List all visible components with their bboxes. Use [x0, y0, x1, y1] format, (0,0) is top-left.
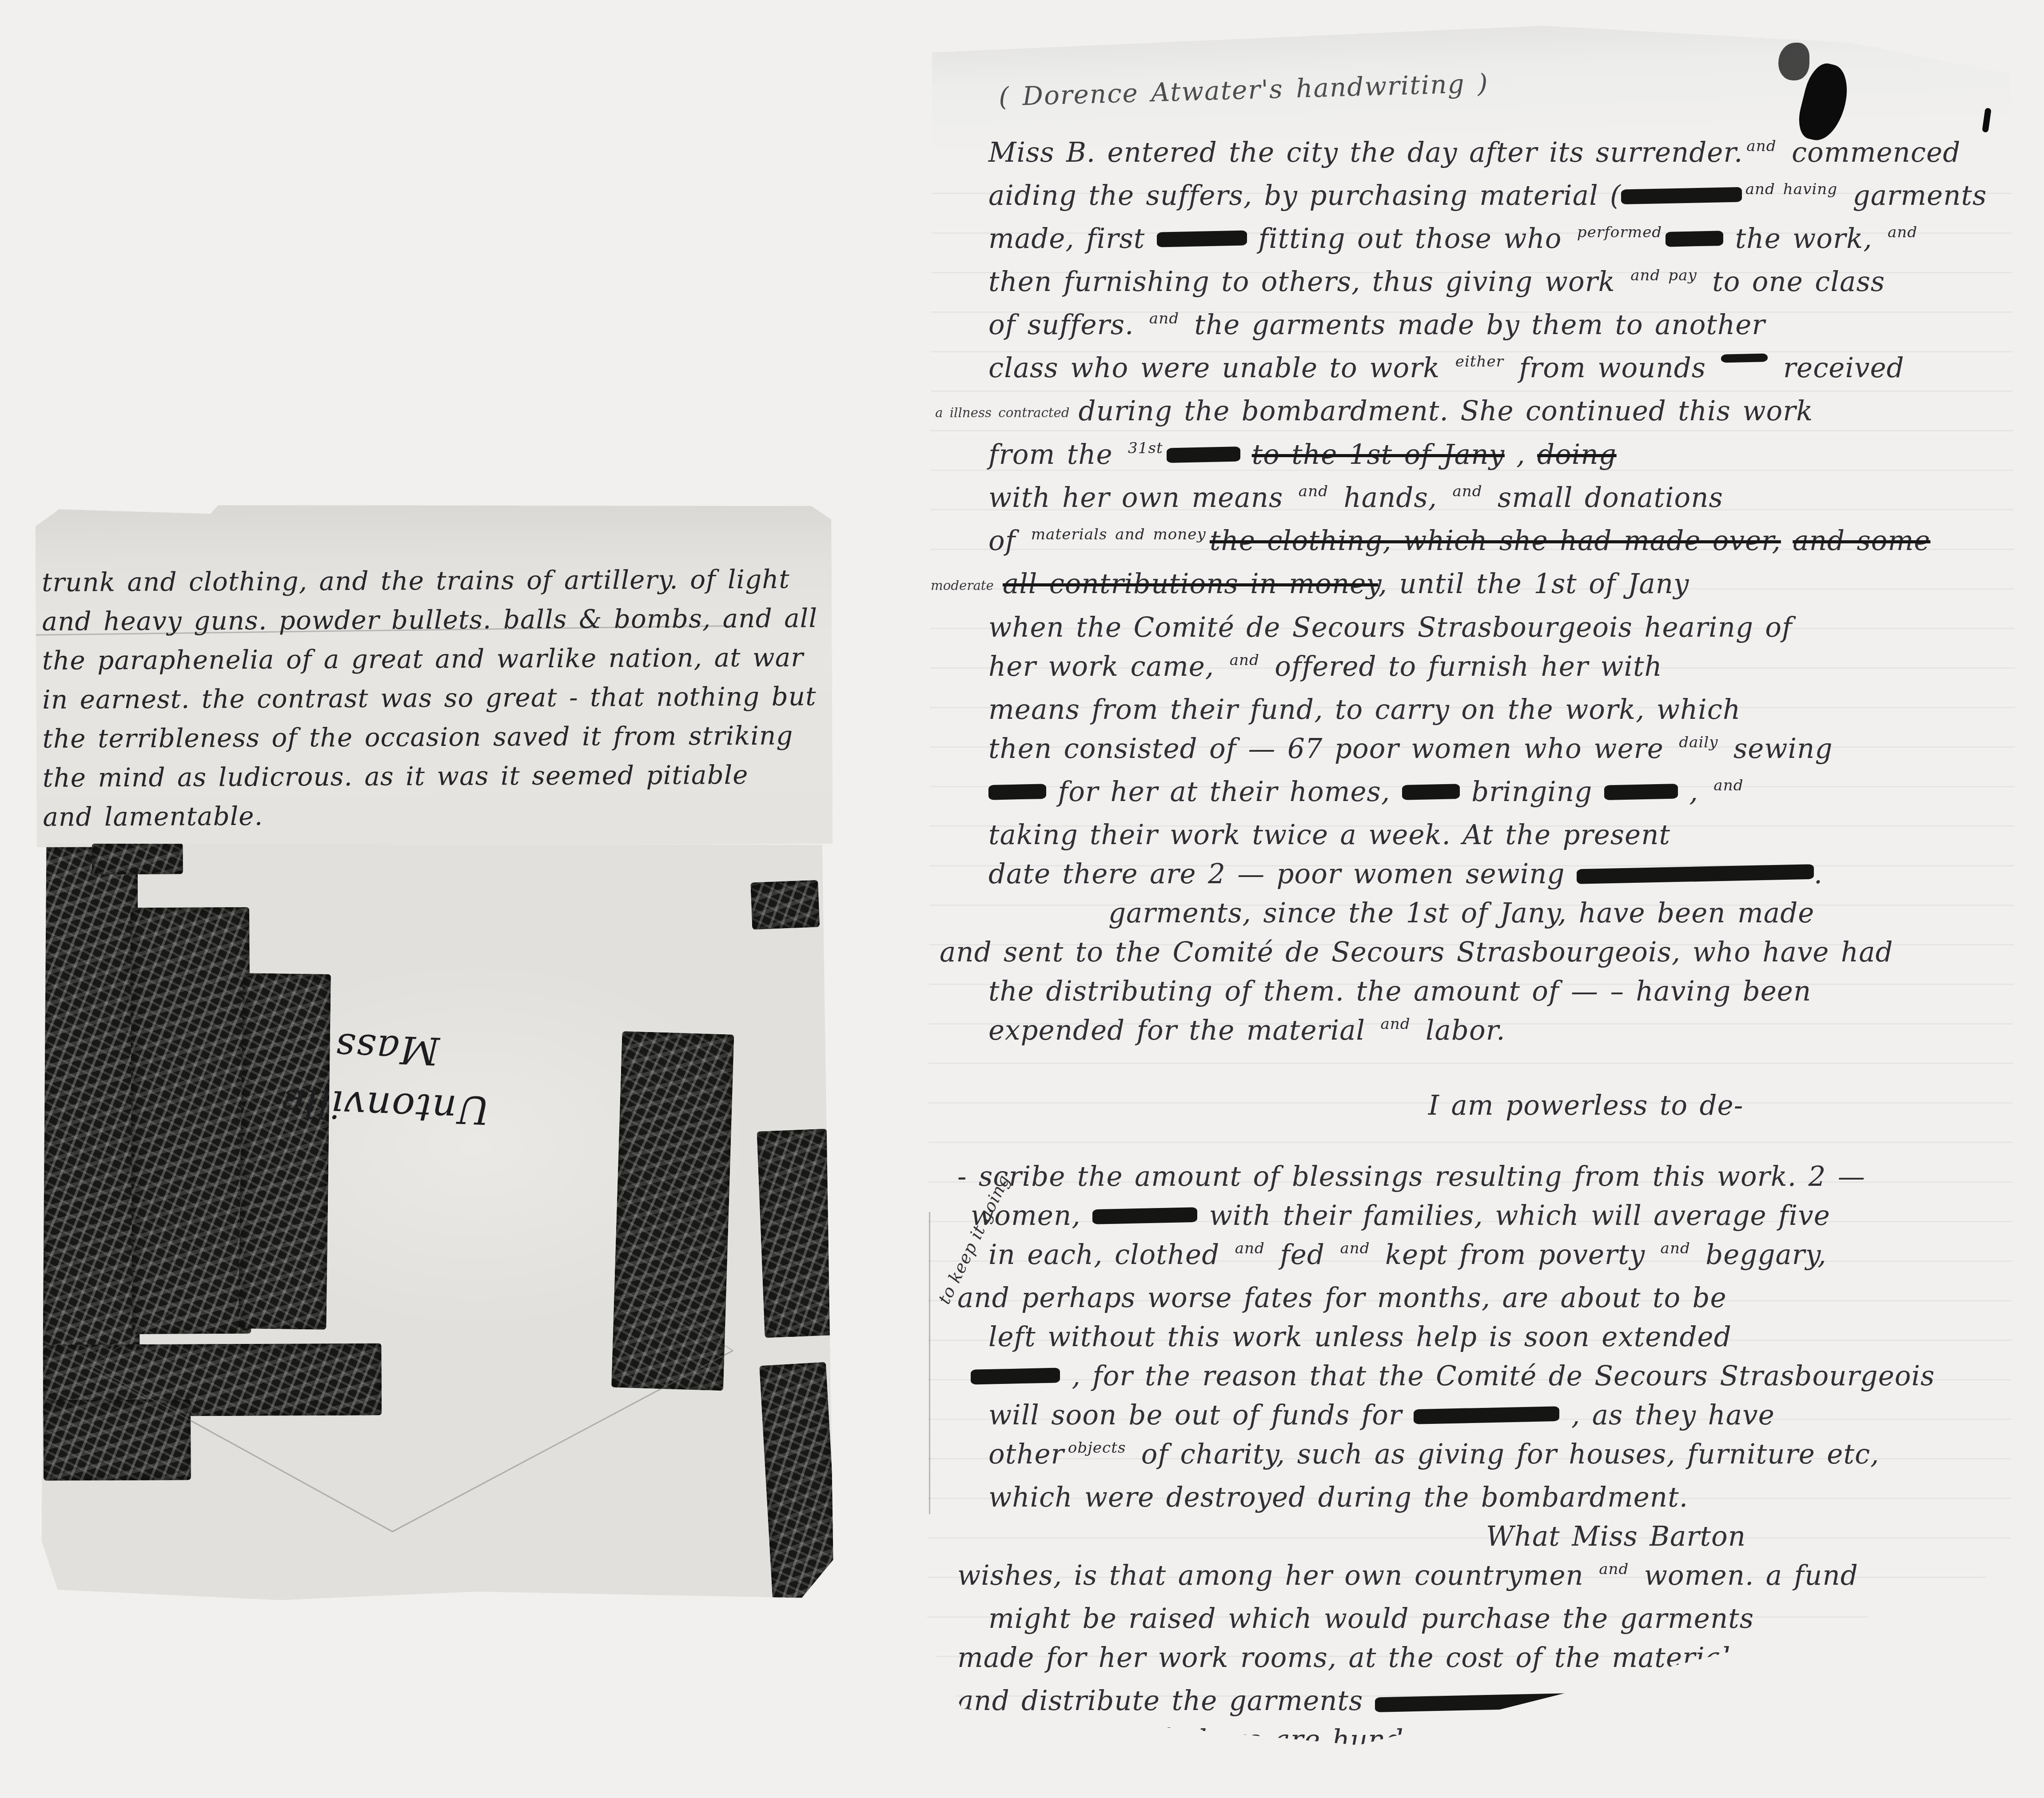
- handwritten-text: might be raised which would purchase the…: [988, 1603, 1754, 1635]
- obliterated-text: xxx: [1402, 784, 1460, 800]
- handwritten-text: sewing: [1722, 733, 1833, 765]
- interline-insertion: either: [1455, 353, 1504, 371]
- obliterated-text: xxxx: [1721, 353, 1768, 363]
- manuscript-line: - scribe the amount of blessings resulti…: [957, 1157, 1979, 1196]
- handwritten-text: means from their fund, to carry on the w…: [988, 694, 1741, 726]
- obliterated-text: xxxx: [1604, 784, 1678, 800]
- handwritten-text: fed: [1268, 1239, 1337, 1271]
- handwritten-text: taking their work twice a week. At the p…: [988, 819, 1670, 851]
- handwritten-text: of suffers.: [988, 309, 1146, 341]
- interline-insertion: and: [1299, 482, 1328, 500]
- manuscript-line: garments, since the 1st of Jany, have be…: [1108, 894, 1979, 933]
- obliterated-text: xxx: [988, 784, 1046, 800]
- handwritten-text: I am powerless to de-: [1428, 1090, 1743, 1121]
- handwritten-text: with their families, which will average …: [1197, 1200, 1830, 1232]
- interline-insertion: and: [1230, 651, 1259, 669]
- handwritten-text: in places,: [988, 1724, 1138, 1756]
- manuscript-line: expended for the material and labor.: [988, 1011, 1979, 1054]
- handwritten-text: made, first: [988, 223, 1157, 255]
- manuscript-line: then furnishing to others, thus giving w…: [988, 263, 1979, 306]
- interline-insertion: materials and money: [1031, 526, 1206, 543]
- text-line: the paraphenelia of a great and warlike …: [42, 638, 826, 680]
- obliterated-text: going: [1157, 231, 1247, 247]
- handwritten-text: with her own means: [988, 482, 1295, 514]
- handwritten-text: ,: [1505, 439, 1537, 470]
- obliterated-text: for Miss Barton: [1577, 864, 1814, 884]
- text-line: in earnest. the contrast was so great - …: [42, 677, 826, 719]
- interline-insertion: and pay: [1630, 267, 1697, 284]
- manuscript-line: in each, clothed and fed and kept from p…: [988, 1236, 1979, 1279]
- handwritten-text: beggary,: [1694, 1239, 1827, 1271]
- manuscript-line: I am powerless to de-: [1428, 1086, 1979, 1125]
- manuscript-line: class who were unable to work either fro…: [988, 349, 1979, 392]
- right-manuscript-page: ( Dorence Atwater's handwriting ) to kee…: [921, 21, 2017, 1752]
- handwritten-text: and sent to the Comité de Secours Strasb…: [940, 937, 1893, 968]
- interline-insertion: and having: [1745, 180, 1838, 198]
- manuscript-line: from the 31stxxxx to the 1st of Jany , d…: [988, 435, 1979, 478]
- handwritten-text: during the bombardment. She continued th…: [1079, 395, 1813, 427]
- manuscript-line: a illness contractedduring the bombardme…: [935, 392, 1979, 435]
- text-line: and lamentable.: [43, 794, 827, 837]
- manuscript-line: her work came, and offered to furnish he…: [988, 647, 1979, 690]
- text-line: trunk and clothing, and the trains of ar…: [42, 559, 826, 602]
- manuscript-line: will soon be out of funds for this work …: [988, 1396, 1979, 1435]
- interline-insertion: performed: [1577, 223, 1662, 241]
- interline-insertion: and: [1452, 482, 1482, 500]
- manuscript-line: means from their fund, to carry on the w…: [988, 690, 1979, 730]
- handwritten-text: , as they have: [1560, 1399, 1775, 1431]
- handwritten-text: made for her work rooms, at the cost of …: [957, 1642, 1742, 1674]
- handwritten-text: offered to furnish her with: [1263, 651, 1662, 682]
- manuscript-line: women, xxxxxx with their families, which…: [971, 1196, 1979, 1236]
- handwritten-text: and perhaps worse fates for months, are …: [957, 1282, 1727, 1314]
- handwritten-text: then furnishing to others, thus giving w…: [988, 266, 1627, 298]
- interline-insertion: and: [1340, 1240, 1370, 1257]
- handwritten-text: when the Comité de Secours Strasbourgeoi…: [988, 612, 1793, 643]
- handwritten-text: of: [988, 525, 1028, 557]
- manuscript-line: left without this work unless help is so…: [988, 1318, 1979, 1357]
- handwritten-text: from the: [988, 439, 1124, 470]
- obliterated-text: this work: [1414, 1406, 1559, 1424]
- interline-insertion: daily: [1679, 734, 1718, 751]
- handwritten-text: other: [988, 1439, 1064, 1470]
- envelope-flap-lines: [39, 840, 833, 1601]
- handwritten-text: garments, since the 1st of Jany, have be…: [1108, 897, 1814, 929]
- interline-insertion: and: [1661, 1240, 1690, 1257]
- manuscript-line: aiding the suffers, by purchasing materi…: [988, 176, 1979, 219]
- handwritten-text: What Miss Barton: [1486, 1521, 1746, 1552]
- handwritten-text: expended for the material: [988, 1015, 1377, 1046]
- handwritten-text: women,: [971, 1200, 1092, 1232]
- manuscript-line: moderateall contributions in money, unti…: [931, 565, 1979, 608]
- interline-insertion: and: [1599, 1560, 1629, 1578]
- manuscript-body: Miss B. entered the city the day after i…: [988, 133, 1979, 1764]
- manuscript-line: which were destroyed during the bombardm…: [988, 1478, 1979, 1517]
- handwritten-text: commenced: [1780, 137, 1961, 168]
- manuscript-line: then consisted of — 67 poor women who we…: [988, 730, 1979, 773]
- handwritten-text: [1240, 439, 1251, 470]
- text-line: and heavy guns. powder bullets. balls & …: [42, 598, 826, 641]
- interline-insertion: and: [1713, 777, 1743, 794]
- handwritten-text: which were destroyed during the bombardm…: [988, 1482, 1688, 1513]
- struck-text: all contributions in money: [1003, 568, 1379, 600]
- manuscript-line: Miss B. entered the city the day after i…: [988, 133, 1979, 176]
- struck-text: doing: [1537, 439, 1617, 470]
- struck-text: the clothing, which she had made over,: [1210, 525, 1781, 557]
- handwritten-text: hands,: [1332, 482, 1449, 514]
- obliterated-text: xxxxxxx: [1621, 187, 1742, 204]
- manuscript-line: taking their work twice a week. At the p…: [988, 816, 1979, 855]
- left-paragraph-scrap: trunk and clothing, and the trains of ar…: [35, 502, 833, 847]
- handwritten-text: class who were unable to work: [988, 352, 1452, 384]
- handwritten-text: then consisted of — 67 poor women who we…: [988, 733, 1675, 765]
- text-line: the mind as ludicrous. as it was it seem…: [43, 755, 827, 797]
- handwritten-text: fitting out those who: [1247, 223, 1574, 255]
- handwritten-text: , for the reason that the Comité de Seco…: [1060, 1360, 1935, 1392]
- manuscript-line: made, first going fitting out those who …: [988, 219, 1979, 263]
- handwritten-text: .: [1814, 858, 1823, 890]
- struck-text: to the 1st of Jany: [1252, 439, 1505, 470]
- handwritten-text: in each, clothed: [988, 1239, 1231, 1271]
- manuscript-line: made for her work rooms, at the cost of …: [957, 1639, 1979, 1682]
- manuscript-line: What Miss Barton: [1486, 1517, 1979, 1556]
- margin-note: a illness contracted: [935, 405, 1070, 420]
- manuscript-line: in places, and there are hundreds of the…: [988, 1721, 1979, 1764]
- handwritten-text: and distribute the garments: [957, 1685, 1375, 1717]
- handwritten-text: , until the 1st of Jany: [1379, 568, 1689, 600]
- handwritten-text: kept from poverty: [1374, 1239, 1657, 1271]
- handwritten-text: Miss B. entered the city the day after i…: [988, 137, 1743, 168]
- blank-line: [988, 1125, 1979, 1157]
- manuscript-line: might be raised which would purchase the…: [988, 1599, 1979, 1639]
- handwritten-text: - scribe the amount of blessings resulti…: [957, 1161, 1865, 1192]
- left-paragraph: trunk and clothing, and the trains of ar…: [42, 559, 827, 837]
- handwritten-text: wishes, is that among her own countrymen: [957, 1560, 1595, 1591]
- ink-blot: [1778, 43, 1809, 80]
- manuscript-line: of materials and moneythe clothing, whic…: [988, 522, 1979, 565]
- manuscript-line: and sent to the Comité de Secours Strasb…: [940, 933, 1979, 972]
- interline-insertion: and: [1746, 137, 1776, 155]
- manuscript-line: otherobjects of charity, such as giving …: [988, 1435, 1979, 1478]
- obliterated-text: xxxx: [1167, 447, 1240, 463]
- obliterated-text: xxx: [1665, 231, 1723, 247]
- handwritten-text: aiding the suffers, by purchasing materi…: [988, 180, 1621, 211]
- manuscript-line: and distribute the garments where they w…: [957, 1682, 1979, 1721]
- handwritten-text: the distributing of them. the amount of …: [988, 976, 1811, 1007]
- manuscript-line: the distributing of them. the amount of …: [988, 972, 1979, 1011]
- text-line: the terribleness of the occasion saved i…: [42, 716, 826, 758]
- handwritten-text: her work came,: [988, 651, 1226, 682]
- handwritten-text: [1781, 525, 1793, 557]
- handwritten-text: left without this work unless help is so…: [988, 1321, 1732, 1353]
- margin-note: moderate: [931, 578, 994, 593]
- handwritten-text: the garments made by them to another: [1183, 309, 1765, 341]
- ink-mark: [1982, 108, 1992, 132]
- interline-insertion: and: [1141, 1725, 1171, 1742]
- left-manuscript-scrap: trunk and clothing, and the trains of ar…: [35, 502, 836, 1661]
- handwritten-text: from wounds: [1507, 352, 1717, 384]
- handwritten-text: women. a fund: [1632, 1560, 1858, 1591]
- handwritten-text: the work,: [1723, 223, 1884, 255]
- archivist-header-note: ( Dorence Atwater's handwriting ): [998, 63, 1665, 112]
- taped-envelope: Untonville Mass: [39, 840, 833, 1601]
- obliterated-text: xxxxxx: [1092, 1207, 1197, 1224]
- manuscript-line: of suffers. and the garments made by the…: [988, 306, 1979, 349]
- handwritten-text: labor,: [1779, 1642, 1871, 1674]
- handwritten-text: bringing: [1460, 776, 1604, 808]
- handwritten-text: garments: [1841, 180, 1987, 211]
- page-fold-line: [929, 1212, 930, 1514]
- handwritten-text: date there are 2 — poor women sewing: [988, 858, 1577, 890]
- manuscript-line: with her own means and hands, and small …: [988, 478, 1979, 522]
- handwritten-text: of charity, such as giving for houses, f…: [1129, 1439, 1879, 1470]
- manuscript-line: when the Comité de Secours Strasbourgeoi…: [988, 608, 1979, 647]
- interline-insertion: objects: [1068, 1439, 1126, 1457]
- manuscript-line: and perhaps worse fates for months, are …: [957, 1279, 1979, 1318]
- handwritten-text: labor.: [1414, 1015, 1506, 1046]
- handwritten-text: received: [1772, 352, 1905, 384]
- handwritten-text: small donations: [1486, 482, 1723, 514]
- handwritten-text: to one class: [1701, 266, 1885, 298]
- blank-line: [988, 1054, 1979, 1086]
- manuscript-line: xxx for her at their homes, xxx bringing…: [988, 773, 1979, 816]
- interline-insertion: 31st: [1128, 439, 1163, 457]
- scanned-document: { "left_page": { "paragraph_lines": [ "t…: [0, 0, 2044, 1798]
- manuscript-line: date there are 2 — poor women sewing for…: [988, 855, 1979, 894]
- interline-insertion: and: [1380, 1015, 1410, 1033]
- obliterated-text: where they were needed: [1375, 1690, 1743, 1712]
- handwritten-text: will soon be out of funds for: [988, 1399, 1414, 1431]
- manuscript-line: wishes, is that among her own countrymen…: [957, 1556, 1979, 1599]
- interline-insertion: and: [1149, 310, 1179, 327]
- manuscript-line: xxxxx , for the reason that the Comité d…: [971, 1357, 1979, 1396]
- handwritten-text: there are hundreds of them, where they w…: [1175, 1724, 1861, 1756]
- interline-insertion: and: [1888, 223, 1917, 241]
- interline-insertion: and: [1235, 1240, 1265, 1257]
- handwritten-text: ,: [1677, 776, 1710, 808]
- interline-insertion: and: [1746, 1643, 1776, 1660]
- obliterated-text: xxxxx: [971, 1368, 1060, 1385]
- envelope-address-upside-down: Untonville Mass: [211, 1013, 562, 1141]
- handwritten-text: for her at their homes,: [1046, 776, 1402, 808]
- struck-text: and some: [1793, 525, 1930, 557]
